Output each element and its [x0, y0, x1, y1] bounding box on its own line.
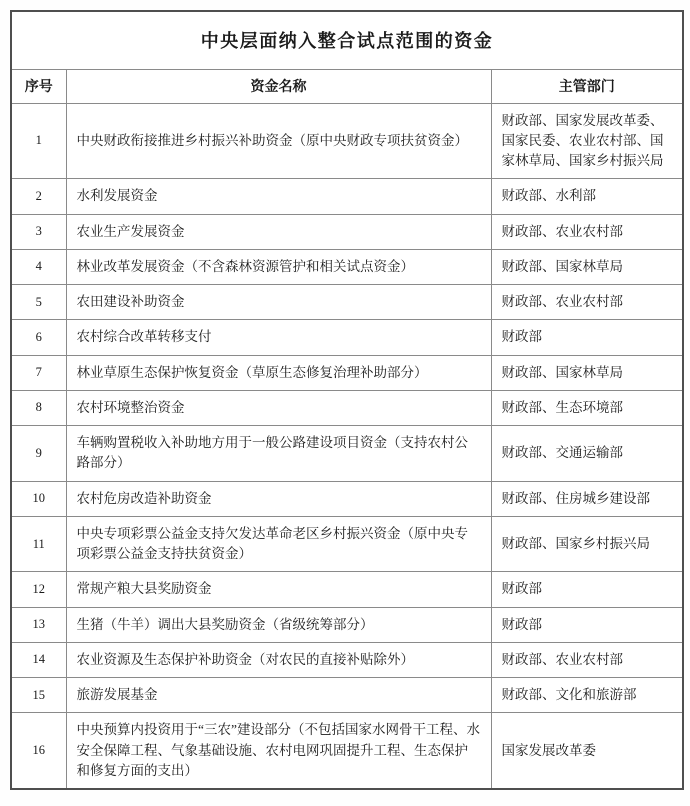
row-number-cell: 15	[11, 678, 66, 713]
table-row: 8农村环境整治资金财政部、生态环境部	[11, 390, 683, 425]
fund-name-cell: 林业草原生态保护恢复资金（草原生态修复治理补助部分）	[66, 355, 491, 390]
fund-name-cell: 农业生产发展资金	[66, 214, 491, 249]
department-cell: 国家发展改革委	[491, 713, 683, 789]
row-number-cell: 3	[11, 214, 66, 249]
fund-name-cell: 林业改革发展资金（不含森林资源管护和相关试点资金）	[66, 249, 491, 284]
row-number-cell: 7	[11, 355, 66, 390]
fund-name-cell: 中央专项彩票公益金支持欠发达革命老区乡村振兴资金（原中央专项彩票公益金支持扶贫资…	[66, 516, 491, 572]
table-row: 11中央专项彩票公益金支持欠发达革命老区乡村振兴资金（原中央专项彩票公益金支持扶…	[11, 516, 683, 572]
row-number-cell: 10	[11, 481, 66, 516]
department-cell: 财政部、农业农村部	[491, 214, 683, 249]
row-number-cell: 1	[11, 103, 66, 179]
table-row: 3农业生产发展资金财政部、农业农村部	[11, 214, 683, 249]
row-number-cell: 16	[11, 713, 66, 789]
table-row: 2水利发展资金财政部、水利部	[11, 179, 683, 214]
fund-name-cell: 中央预算内投资用于“三农”建设部分（不包括国家水网骨干工程、水安全保障工程、气象…	[66, 713, 491, 789]
table-head: 中央层面纳入整合试点范围的资金 序号 资金名称 主管部门	[11, 11, 683, 103]
department-cell: 财政部、农业农村部	[491, 642, 683, 677]
table-row: 5农田建设补助资金财政部、农业农村部	[11, 285, 683, 320]
fund-name-cell: 生猪（牛羊）调出大县奖励资金（省级统筹部分）	[66, 607, 491, 642]
row-number-cell: 11	[11, 516, 66, 572]
document-page: 中央层面纳入整合试点范围的资金 序号 资金名称 主管部门 1中央财政衔接推进乡村…	[0, 0, 690, 806]
fund-name-cell: 旅游发展基金	[66, 678, 491, 713]
header-row: 序号 资金名称 主管部门	[11, 69, 683, 103]
department-cell: 财政部	[491, 320, 683, 355]
department-cell: 财政部、水利部	[491, 179, 683, 214]
table-row: 12常规产粮大县奖励资金财政部	[11, 572, 683, 607]
row-number-cell: 12	[11, 572, 66, 607]
table-title: 中央层面纳入整合试点范围的资金	[11, 11, 683, 69]
row-number-cell: 13	[11, 607, 66, 642]
fund-name-cell: 农村危房改造补助资金	[66, 481, 491, 516]
title-row: 中央层面纳入整合试点范围的资金	[11, 11, 683, 69]
department-cell: 财政部、生态环境部	[491, 390, 683, 425]
table-row: 10农村危房改造补助资金财政部、住房城乡建设部	[11, 481, 683, 516]
row-number-cell: 14	[11, 642, 66, 677]
department-cell: 财政部、交通运输部	[491, 426, 683, 482]
row-number-cell: 9	[11, 426, 66, 482]
table-row: 9车辆购置税收入补助地方用于一般公路建设项目资金（支持农村公路部分）财政部、交通…	[11, 426, 683, 482]
fund-name-cell: 水利发展资金	[66, 179, 491, 214]
row-number-cell: 5	[11, 285, 66, 320]
row-number-cell: 8	[11, 390, 66, 425]
department-cell: 财政部、农业农村部	[491, 285, 683, 320]
department-cell: 财政部、国家林草局	[491, 355, 683, 390]
row-number-cell: 4	[11, 249, 66, 284]
fund-table: 中央层面纳入整合试点范围的资金 序号 资金名称 主管部门 1中央财政衔接推进乡村…	[10, 10, 684, 790]
header-serial-number: 序号	[11, 69, 66, 103]
fund-name-cell: 车辆购置税收入补助地方用于一般公路建设项目资金（支持农村公路部分）	[66, 426, 491, 482]
department-cell: 财政部	[491, 607, 683, 642]
row-number-cell: 6	[11, 320, 66, 355]
table-body: 1中央财政衔接推进乡村振兴补助资金（原中央财政专项扶贫资金）财政部、国家发展改革…	[11, 103, 683, 789]
header-fund-name: 资金名称	[66, 69, 491, 103]
table-row: 6农村综合改革转移支付财政部	[11, 320, 683, 355]
fund-name-cell: 农村综合改革转移支付	[66, 320, 491, 355]
table-row: 13生猪（牛羊）调出大县奖励资金（省级统筹部分）财政部	[11, 607, 683, 642]
table-row: 15旅游发展基金财政部、文化和旅游部	[11, 678, 683, 713]
table-row: 4林业改革发展资金（不含森林资源管护和相关试点资金）财政部、国家林草局	[11, 249, 683, 284]
fund-name-cell: 中央财政衔接推进乡村振兴补助资金（原中央财政专项扶贫资金）	[66, 103, 491, 179]
row-number-cell: 2	[11, 179, 66, 214]
fund-name-cell: 农田建设补助资金	[66, 285, 491, 320]
fund-name-cell: 农业资源及生态保护补助资金（对农民的直接补贴除外）	[66, 642, 491, 677]
table-row: 14农业资源及生态保护补助资金（对农民的直接补贴除外）财政部、农业农村部	[11, 642, 683, 677]
table-row: 7林业草原生态保护恢复资金（草原生态修复治理补助部分）财政部、国家林草局	[11, 355, 683, 390]
fund-name-cell: 常规产粮大县奖励资金	[66, 572, 491, 607]
fund-name-cell: 农村环境整治资金	[66, 390, 491, 425]
department-cell: 财政部、文化和旅游部	[491, 678, 683, 713]
table-row: 1中央财政衔接推进乡村振兴补助资金（原中央财政专项扶贫资金）财政部、国家发展改革…	[11, 103, 683, 179]
department-cell: 财政部、国家发展改革委、国家民委、农业农村部、国家林草局、国家乡村振兴局	[491, 103, 683, 179]
header-department: 主管部门	[491, 69, 683, 103]
department-cell: 财政部、国家乡村振兴局	[491, 516, 683, 572]
department-cell: 财政部、住房城乡建设部	[491, 481, 683, 516]
department-cell: 财政部	[491, 572, 683, 607]
department-cell: 财政部、国家林草局	[491, 249, 683, 284]
table-row: 16中央预算内投资用于“三农”建设部分（不包括国家水网骨干工程、水安全保障工程、…	[11, 713, 683, 789]
